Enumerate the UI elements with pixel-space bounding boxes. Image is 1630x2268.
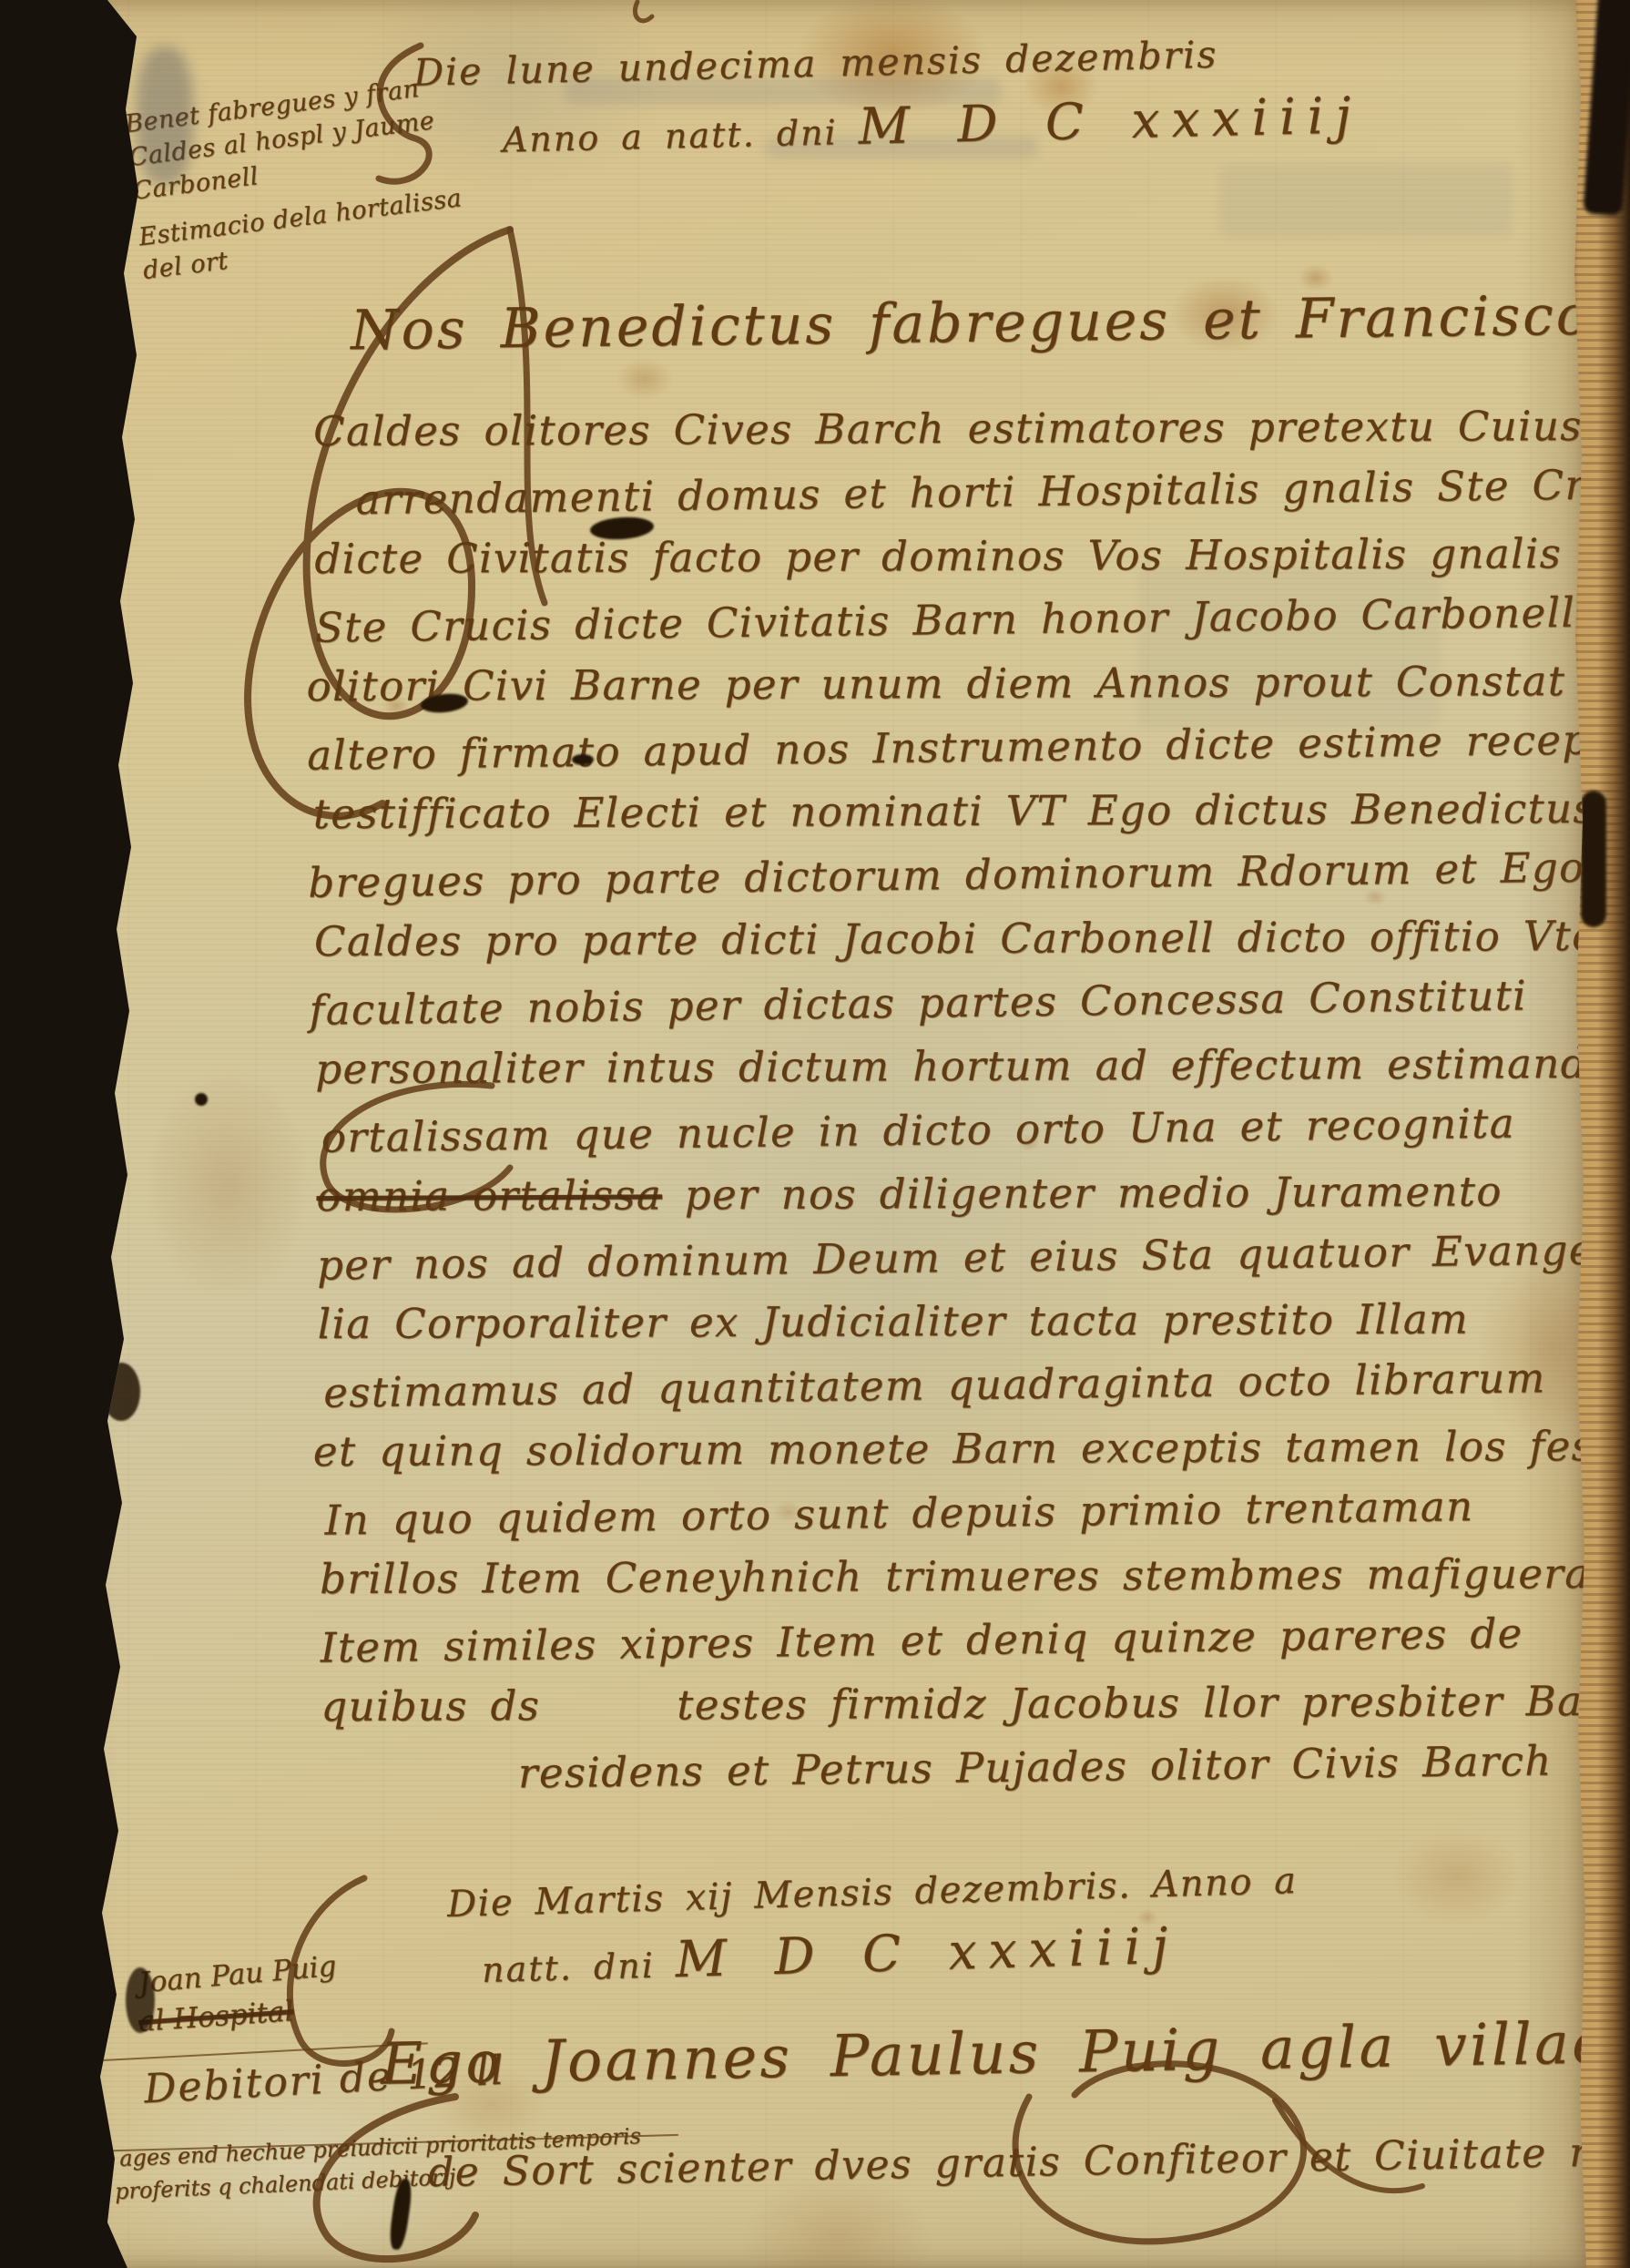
corner-smudge	[137, 47, 193, 184]
act-line: per nos ad dominum Deum et eius Sta quat…	[317, 1225, 1615, 1304]
edge-smudge	[126, 1967, 155, 2033]
margin-note-place: al Hospital	[138, 1995, 295, 2038]
act-line: Ste Crucis dicte Civitatis Barn honor Ja…	[315, 587, 1609, 667]
roman-year: M D C xxxiiij	[675, 1916, 1180, 1988]
act-line: olitori Civi Barne per unum diem Annos p…	[307, 657, 1609, 726]
act-line: dicte Civitatis facto per dominos Vos Ho…	[314, 529, 1607, 598]
act-body: Nos Benedictus fabregues et Francisco Ca…	[303, 261, 1619, 1813]
act-line: quibus ds testes firmidz Jacobus llor pr…	[321, 1677, 1617, 1746]
year-line: natt. dni M D C xxxiiij	[481, 1913, 1299, 1994]
date-line: Die lune undecima mensis dezembris	[413, 29, 1362, 95]
act-line-rest: per nos diligenter medio Juramento	[685, 1167, 1503, 1219]
date-heading: Die lune undecima mensis dezembris Anno …	[413, 29, 1363, 166]
second-act-opening: Ego Joannes Paulus Puig agla villae	[380, 2009, 1609, 2098]
act-line: lia Corporaliter ex Judicialiter tacta p…	[318, 1294, 1615, 1364]
closing-words: quibus ds	[321, 1681, 540, 1746]
binding-shadow-middle	[1581, 791, 1606, 927]
manuscript-page: Benet fabregues y fran Caldes al hospl y…	[0, 0, 1597, 2268]
witnesses-line: testes firmidz Jacobus llor presbiter Ba…	[677, 1677, 1630, 1745]
ink-spot	[195, 1093, 208, 1106]
manuscript-scan: Benet fabregues y fran Caldes al hospl y…	[0, 0, 1630, 2268]
second-date-heading: Die Martis xij Mensis dezembris. Anno a …	[446, 1860, 1299, 1995]
act-line: arrendamenti domus et horti Hospitalis g…	[355, 460, 1607, 539]
edge-smudge	[102, 1363, 140, 1421]
year-line: Anno a natt. dni M D C xxxiiij	[502, 86, 1363, 163]
margin-note-debit-amount: Debitori de 12 ll	[143, 2048, 506, 2113]
act-line: omnia ortalissa per nos diligenter medio…	[316, 1167, 1613, 1236]
act-line: In quo quidem orto sunt depuis primio tr…	[324, 1480, 1616, 1559]
top-edge-mark	[635, 2, 652, 21]
act-line: Caldes olitores Cives Barch estimatores …	[313, 402, 1606, 471]
act-line: Item similes xipres Item et deniq quinze…	[320, 1608, 1617, 1687]
act-line: testifficato Electi et nominati VT Ego d…	[313, 784, 1610, 853]
act-line: brillos Item Ceneyhnich trimueres stembm…	[320, 1549, 1616, 1619]
act-line: Nos Benedictus fabregues et Francisco	[350, 258, 1606, 412]
ink-showthrough	[1220, 164, 1512, 237]
roman-year: M D C xxxiiij	[858, 86, 1363, 156]
ink-blot	[572, 754, 594, 765]
margin-note-debtor-name: Joan Pau Puig	[138, 1950, 338, 2000]
year-prefix: Anno a natt. dni	[502, 112, 838, 159]
act-line: facultate nobis per dictas partes Conces…	[309, 970, 1612, 1049]
year-prefix: natt. dni	[482, 1946, 656, 1990]
act-line: et quinq solidorum monete Barn exceptis …	[313, 1422, 1615, 1491]
act-line: Caldes pro parte dicti Jacobi Carbonell …	[314, 912, 1611, 981]
struck-text: omnia ortalissa	[316, 1170, 662, 1221]
act-line: bregues pro parte dictorum dominorum Rdo…	[308, 843, 1611, 922]
act-line: altero firmato apud nos Instrumento dict…	[307, 715, 1610, 794]
act-line: personaliter intus dictum hortum ad effe…	[315, 1039, 1612, 1108]
act-line: ortalissam que nucle in dicto orto Una e…	[321, 1098, 1614, 1177]
witnesses-line: residens et Petrus Pujades olitor Civis …	[518, 1736, 1619, 1813]
act-line: estimamus ad quantitatem quadraginta oct…	[323, 1353, 1615, 1432]
